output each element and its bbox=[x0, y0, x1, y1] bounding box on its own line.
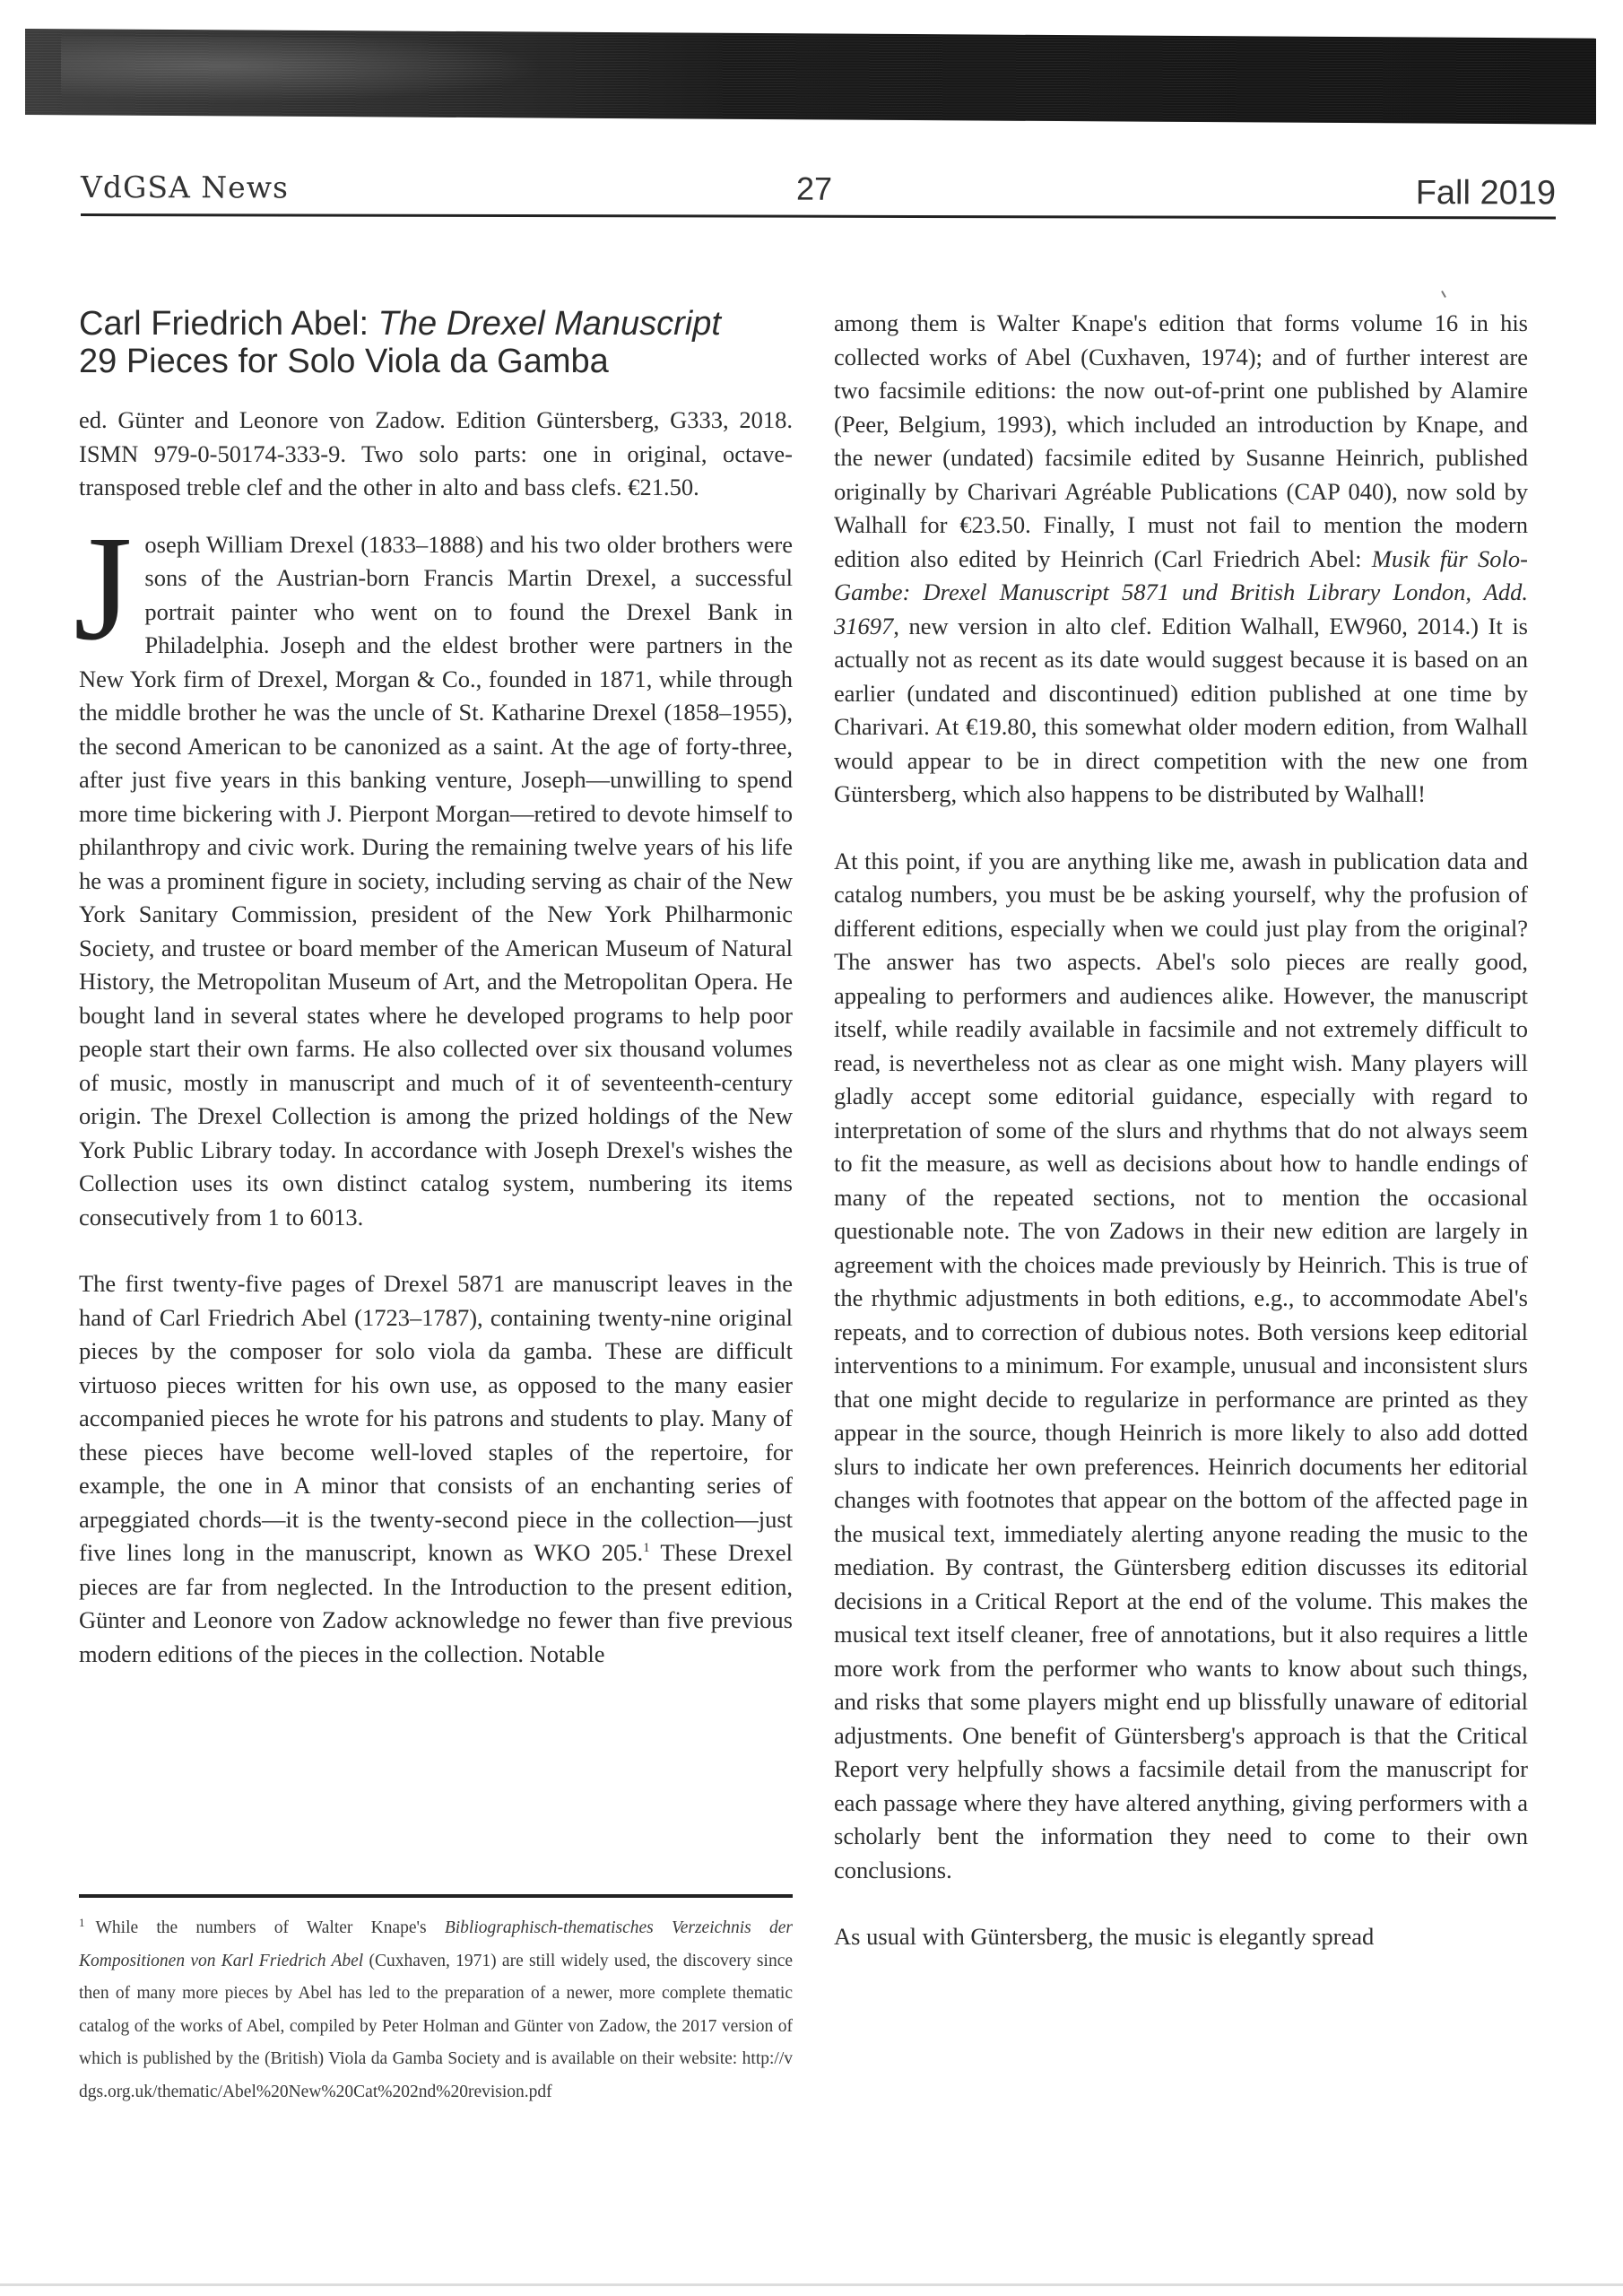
drop-cap: J bbox=[74, 530, 132, 663]
masthead-banner-image bbox=[25, 29, 1596, 125]
footnote-1: 1While the numbers of Walter Knape's Bib… bbox=[79, 1912, 793, 2109]
footnote-reference[interactable]: 1 bbox=[643, 1541, 650, 1555]
body-paragraph-3: among them is Walter Knape's edition tha… bbox=[834, 307, 1528, 812]
body-paragraph-5: As usual with Güntersberg, the music is … bbox=[834, 1920, 1528, 1954]
left-column: Carl Friedrich Abel: The Drexel Manuscri… bbox=[79, 305, 793, 1671]
page-bottom-edge bbox=[0, 2283, 1623, 2286]
scan-artifact bbox=[1441, 291, 1446, 298]
paragraph-text: oseph William Drexel (1833–1888) and his… bbox=[79, 531, 793, 1231]
article-title: Carl Friedrich Abel: The Drexel Manuscri… bbox=[79, 305, 793, 380]
publication-name: VdGSA News bbox=[81, 170, 289, 204]
footnote-text: While the numbers of Walter Knape's bbox=[96, 1918, 445, 1937]
page-number: 27 bbox=[796, 170, 832, 208]
footnotes: 1While the numbers of Walter Knape's Bib… bbox=[79, 1894, 793, 2109]
body-paragraph-2: The first twenty-five pages of Drexel 58… bbox=[79, 1267, 793, 1671]
publication-info: ed. Günter and Leonore von Zadow. Editio… bbox=[79, 404, 793, 505]
footnote-number: 1 bbox=[79, 1916, 85, 1929]
paragraph-text: The first twenty-five pages of Drexel 58… bbox=[79, 1270, 793, 1566]
paragraph-text: among them is Walter Knape's edition tha… bbox=[834, 309, 1528, 572]
title-composer: Carl Friedrich Abel: bbox=[79, 305, 378, 343]
right-column: among them is Walter Knape's edition tha… bbox=[834, 307, 1528, 1954]
body-paragraph-4: At this point, if you are anything like … bbox=[834, 845, 1528, 1888]
title-work: The Drexel Manuscript bbox=[378, 305, 721, 343]
paragraph-text: , new version in alto clef. Edition Walh… bbox=[834, 613, 1528, 808]
running-head: VdGSA News 27 Fall 2019 bbox=[81, 161, 1556, 219]
title-subtitle: 29 Pieces for Solo Viola da Gamba bbox=[79, 343, 609, 380]
issue-label: Fall 2019 bbox=[1416, 174, 1556, 213]
body-paragraph-1: Joseph William Drexel (1833–1888) and hi… bbox=[79, 528, 793, 1235]
